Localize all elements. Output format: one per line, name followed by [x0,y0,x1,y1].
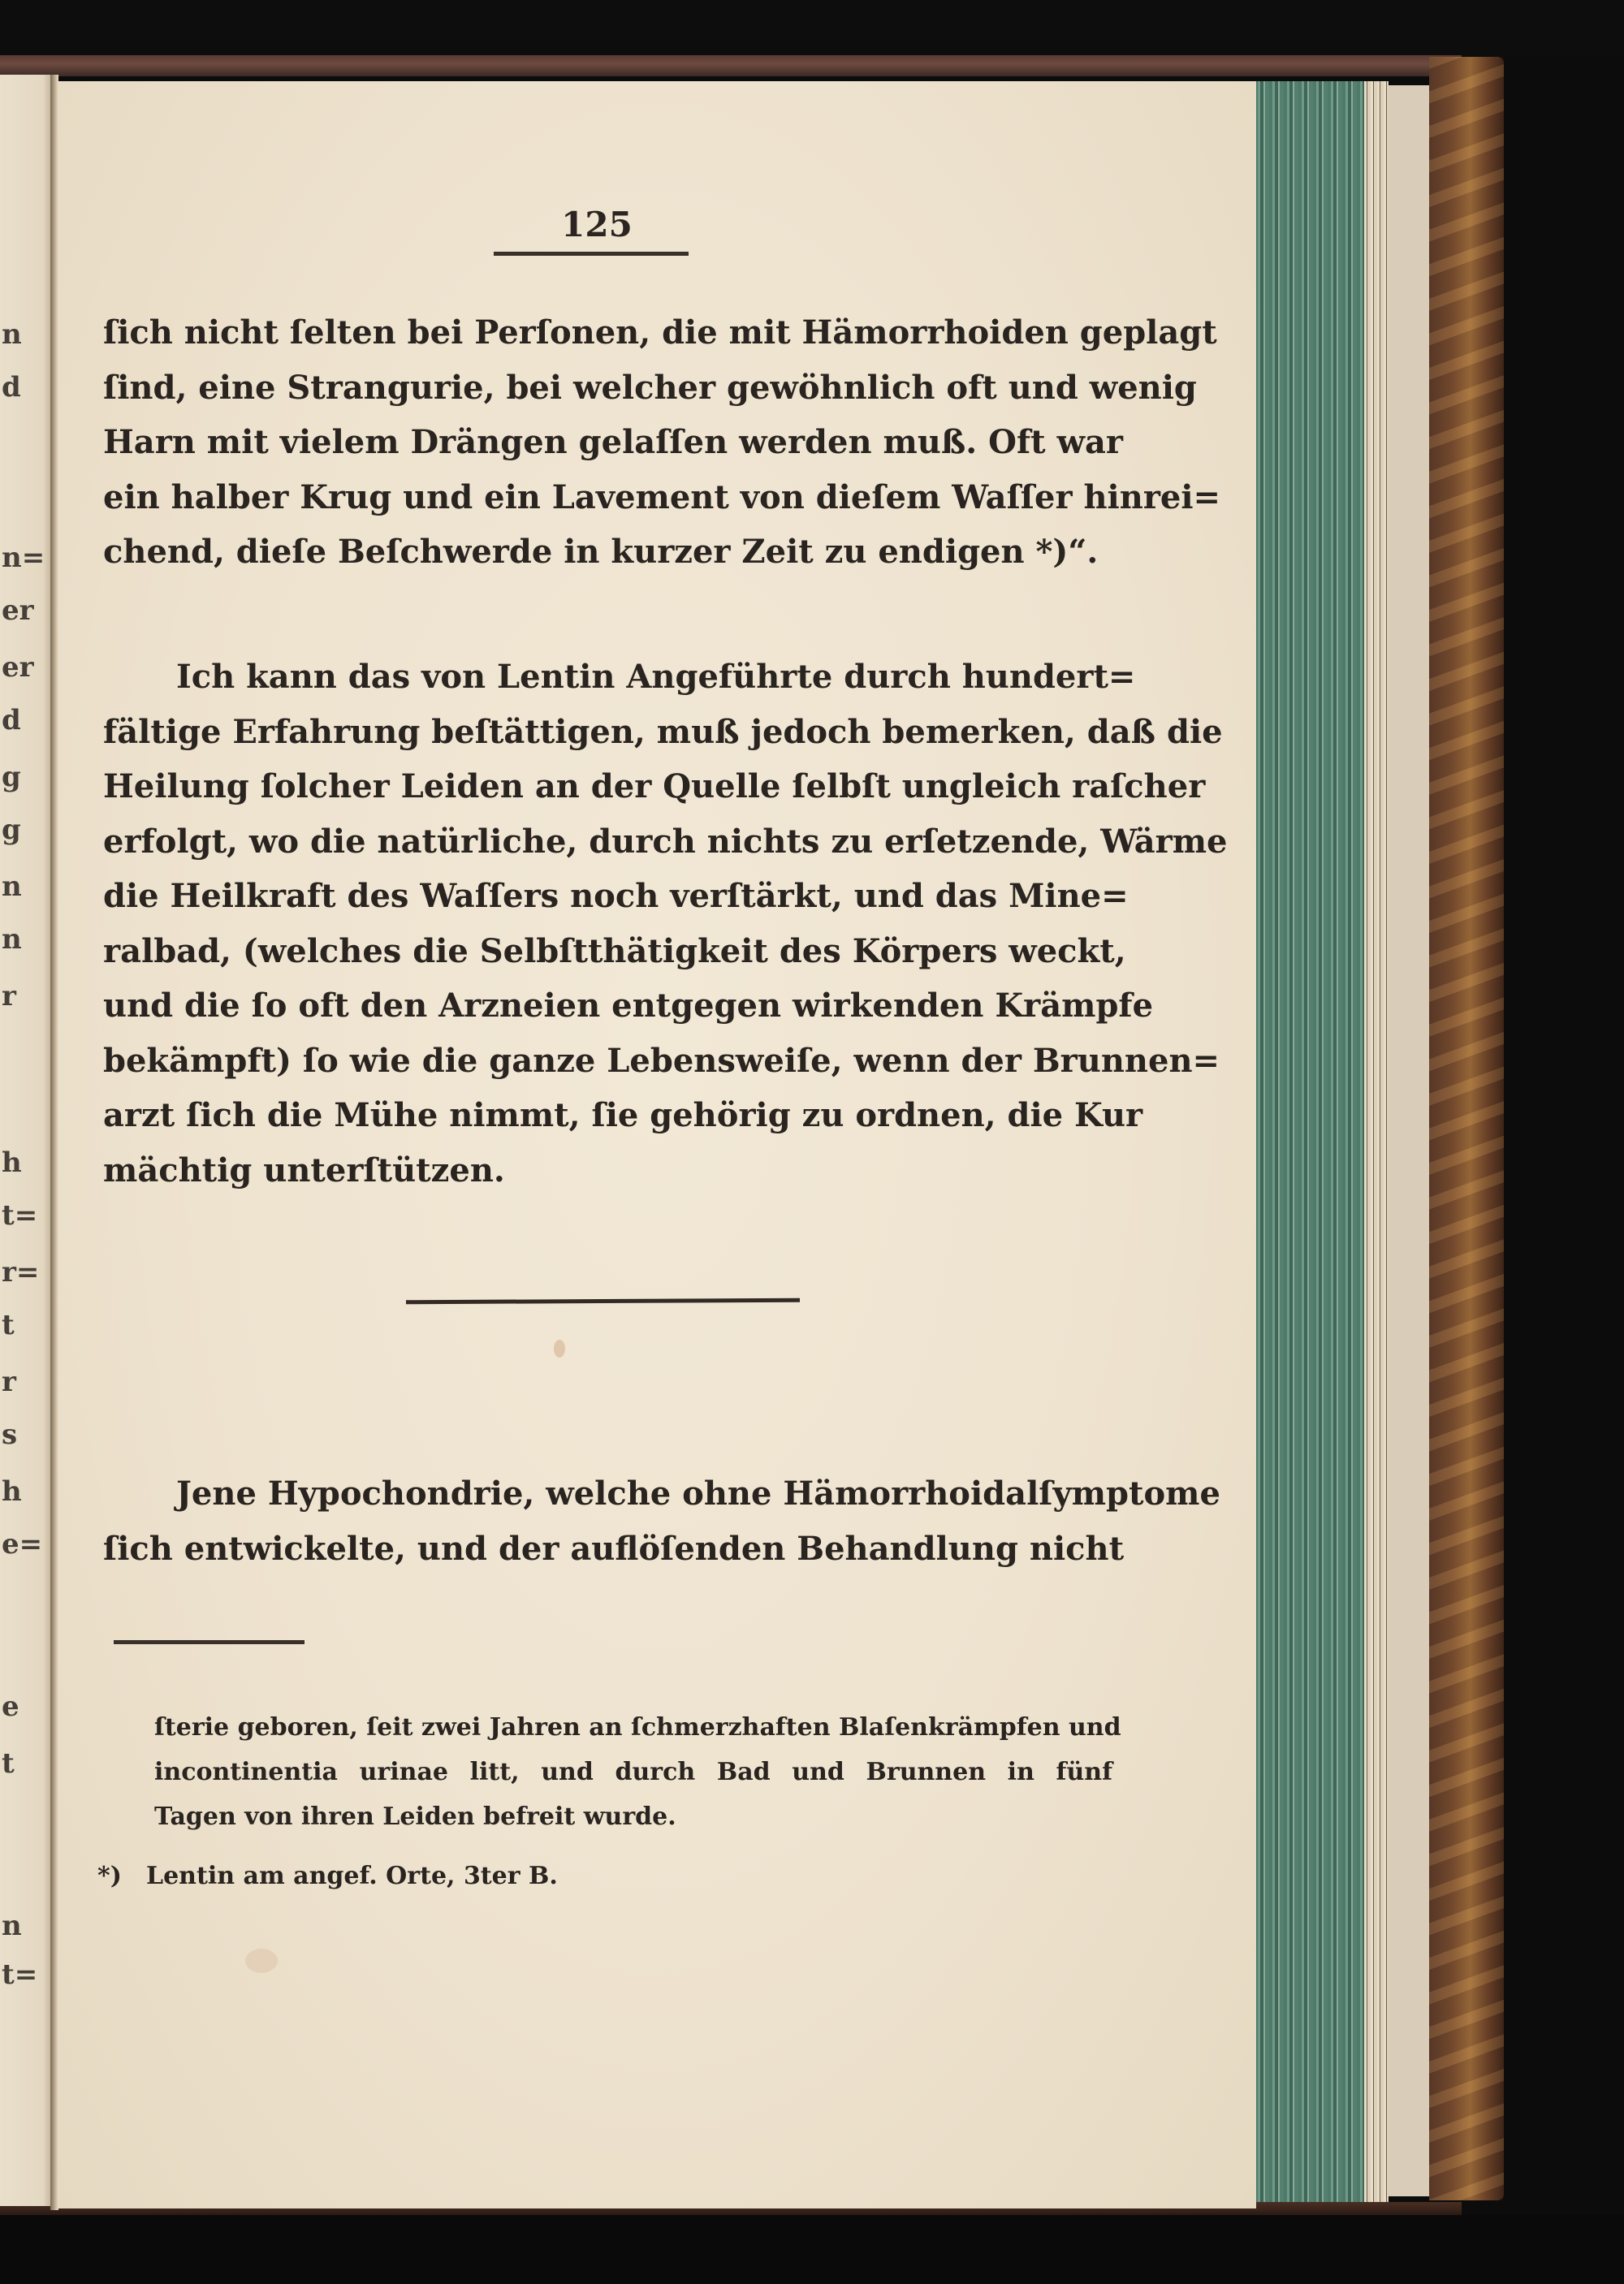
text-line: mächtig unterſtützen. [103,1143,1095,1198]
footnote-line: ſterie geboren, ſeit zwei Jahren an ſchm… [154,1705,1112,1750]
footnote-line: Tagen von ihren Leiden befreit wurde. [154,1794,1112,1839]
left-fragment: n [2,1910,22,1942]
left-fragment: er [2,651,34,684]
left-fragment: d [2,371,21,404]
foxing-stain [245,1949,278,1973]
footnote-star: *)Lentin am angef. Orte, 3ter B. [97,1854,1056,1898]
left-fragment: t [2,1309,15,1341]
footnote-text: Lentin am angef. Orte, 3ter B. [146,1862,558,1890]
left-fragment: g [2,814,21,846]
text-line: und die ſo oft den Arzneien entgegen wir… [103,978,1095,1034]
book-spine-leather [1429,57,1504,2200]
book-gutter [50,75,58,2210]
left-fragment: n [2,923,22,956]
paragraph-hypochondrie: Jene Hypochondrie, welche ohne Hämorrhoi… [103,1466,1095,1576]
header-rule [494,252,689,256]
text-line: ralbad, (welches die Selbſtthätigkeit de… [103,924,1095,979]
text-line: chend, dieſe Beſchwerde in kurzer Zeit z… [103,525,1095,580]
text-line: ſich entwickelte, und der auflöſenden Be… [103,1522,1095,1577]
endpaper [1389,85,1429,2196]
left-fragment: e [2,1690,19,1723]
footnotes: ſterie geboren, ſeit zwei Jahren an ſchm… [154,1705,1112,1898]
footnote-mark: *) [97,1854,146,1898]
footnote-line: incontinentia urinae litt, und durch Bad… [154,1750,1112,1794]
text-line: Harn mit vielem Drängen gelaſſen werden … [103,415,1095,470]
text-line: erfolgt, wo die natürliche, durch nichts… [103,814,1095,870]
footnote-rule [114,1640,304,1644]
left-fragment: d [2,704,21,736]
text-line: ſind, eine Strangurie, bei welcher gewöh… [103,361,1095,416]
left-fragment: r [2,980,16,1012]
text-line: bekämpft) ſo wie die ganze Lebensweiſe, … [103,1034,1095,1089]
background-felt-bottom [0,2215,1624,2284]
left-fragment: r= [2,1256,39,1289]
text-line: Heilung ſolcher Leiden an der Quelle ſel… [103,759,1095,814]
left-fragment: s [2,1418,17,1451]
book-cover-top-edge [0,55,1462,76]
left-fragment: e= [2,1528,42,1561]
left-fragment: t= [2,1958,37,1991]
paragraph-continuation: ſich nicht ſelten bei Perſonen, die mit … [103,305,1095,580]
left-fragment: h [2,1146,22,1179]
page-number: 125 [560,205,633,244]
foxing-stain [554,1340,565,1358]
previous-page-strip: n d n= er er d g g n n r h t= r= t r s h… [0,75,50,2206]
background-felt-top [0,0,1624,57]
left-fragment: er [2,594,34,627]
left-fragment: r [2,1366,16,1398]
paragraph-lentin: Ich kann das von Lentin Angeführte durch… [103,650,1095,1198]
text-line: ein halber Krug und ein Lavement von die… [103,470,1095,525]
text-line: arzt ſich die Mühe nimmt, ſie gehörig zu… [103,1088,1095,1143]
text-line: fältige Erfahrung beſtättigen, muß jedoc… [103,705,1095,760]
page-block-light-edges [1364,81,1389,2208]
text-line: ſich nicht ſelten bei Perſonen, die mit … [103,305,1095,361]
left-fragment: n [2,870,22,903]
left-fragment: t [2,1747,15,1780]
text-line: Ich kann das von Lentin Angeführte durch… [103,650,1095,705]
left-fragment: n= [2,542,45,574]
left-fragment: t= [2,1199,37,1232]
left-fragment: h [2,1475,22,1508]
text-line: Jene Hypochondrie, welche ohne Hämorrhoi… [103,1466,1095,1522]
text-line: die Heilkraft des Waſſers noch verſtärkt… [103,869,1095,924]
left-fragment: g [2,761,21,793]
left-fragment: n [2,318,22,351]
